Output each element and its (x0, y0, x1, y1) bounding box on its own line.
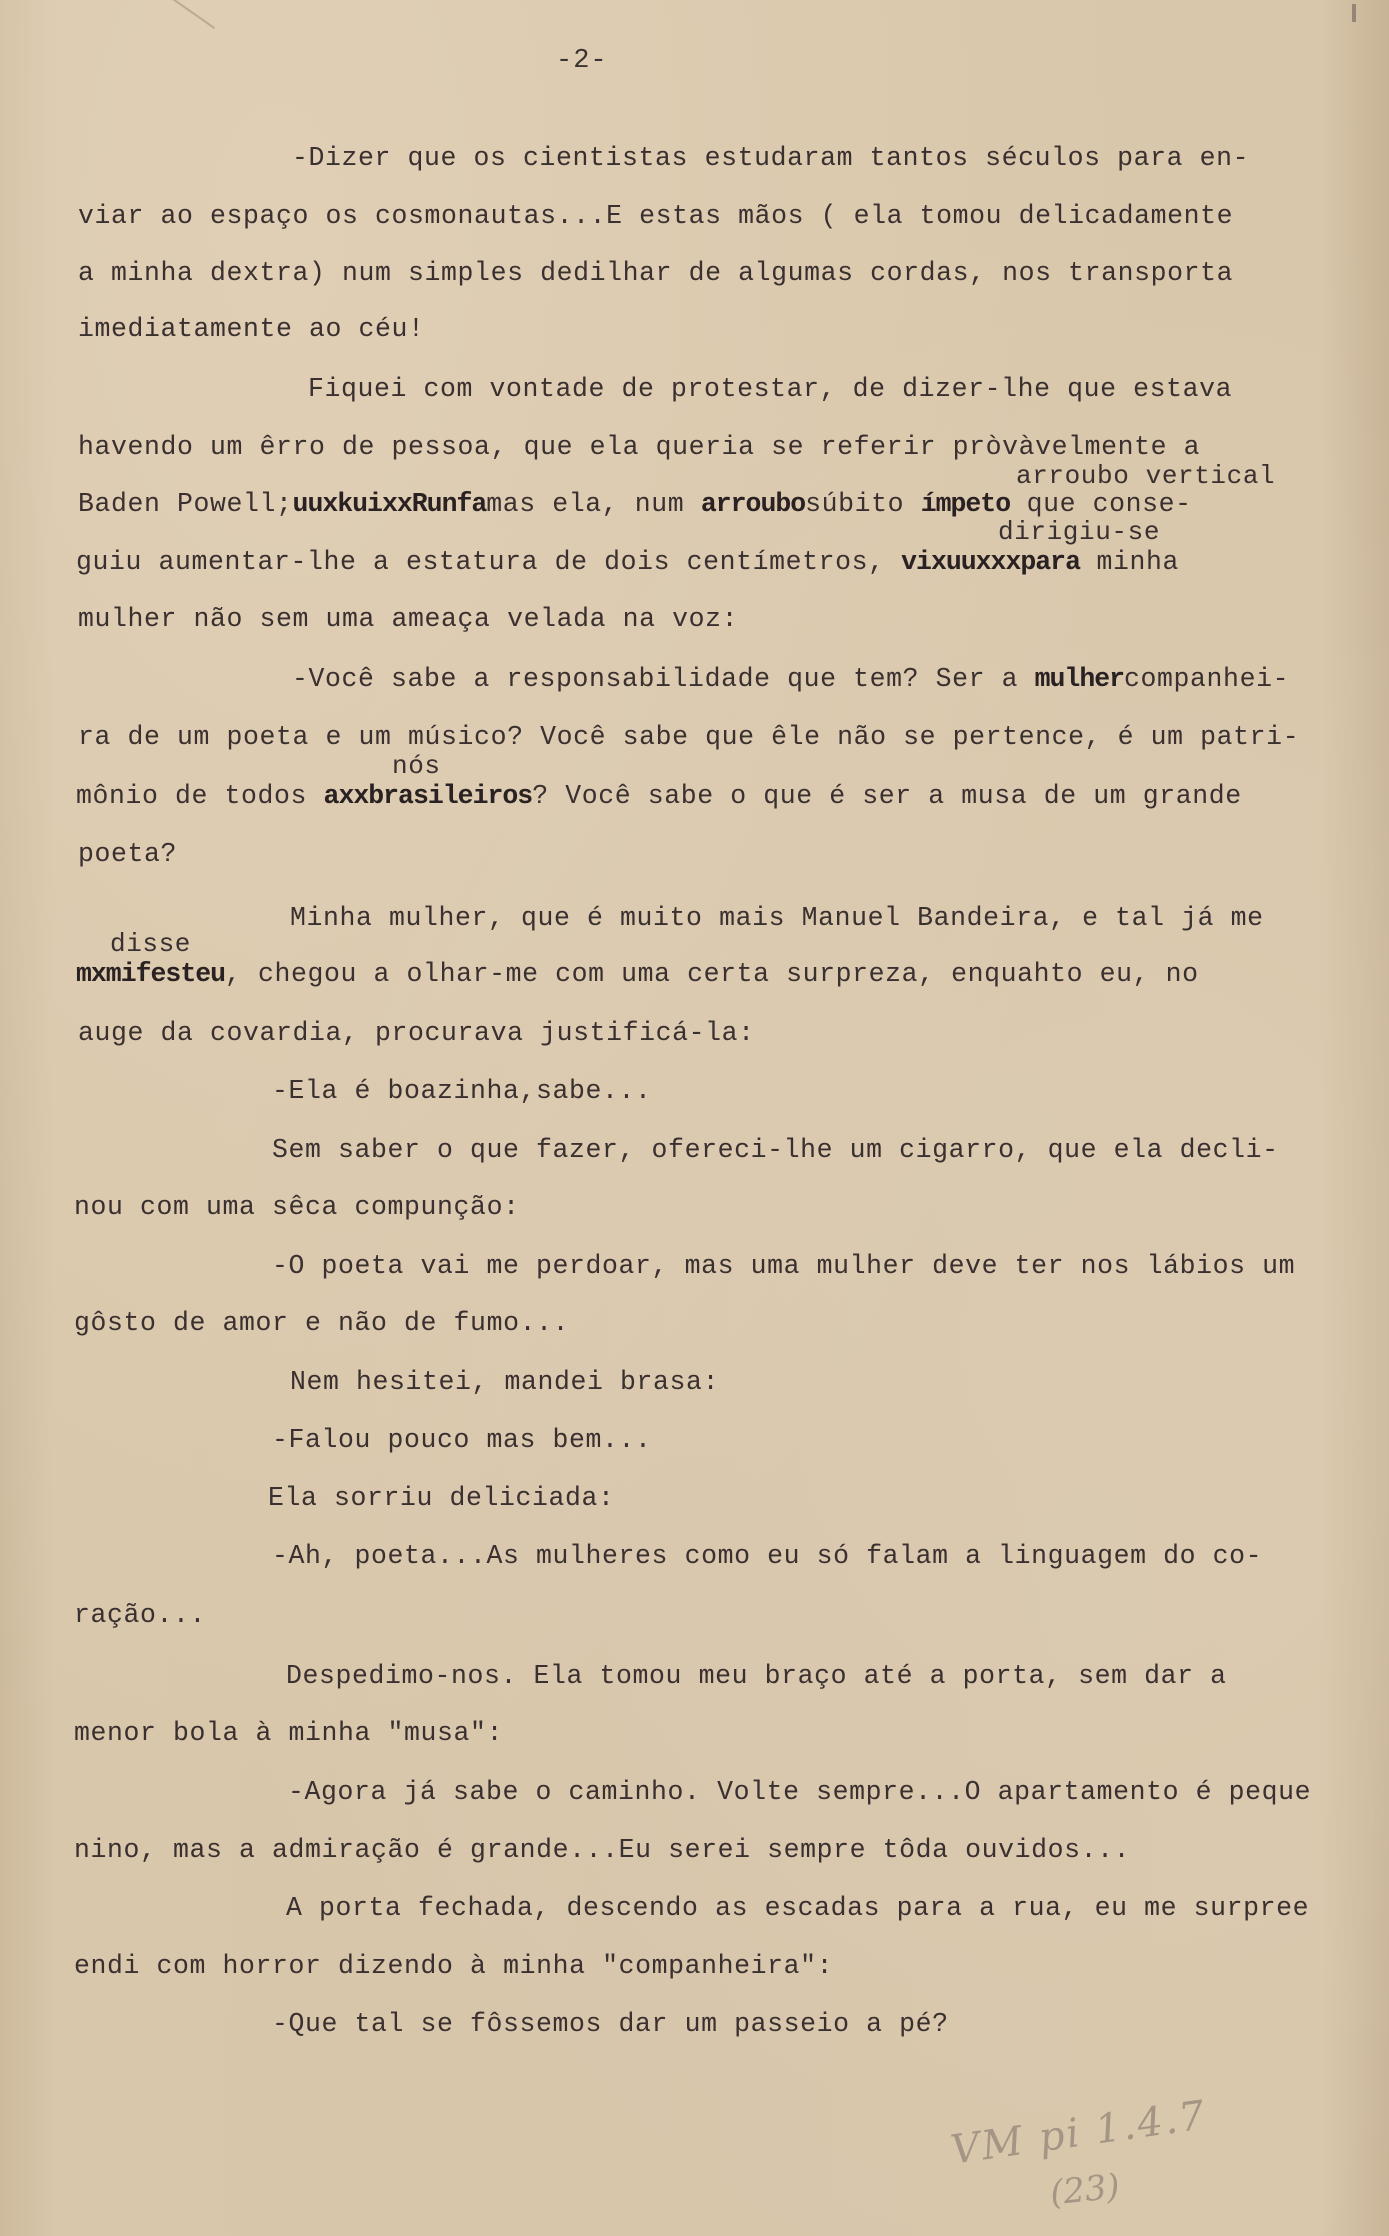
typed-line-guiu: guiu aumentar-lhe a estatura de dois cen… (76, 546, 1179, 578)
typed-line: -Ah, poeta...As mulheres como eu só fala… (272, 1540, 1262, 1572)
struck-text: mulher (1035, 664, 1124, 694)
typed-line: -O poeta vai me perdoar, mas uma mulher … (272, 1250, 1295, 1282)
typed-line: Ela sorriu deliciada: (268, 1482, 615, 1514)
typed-line: havendo um êrro de pessoa, que ela queri… (78, 431, 1200, 463)
typed-line-disse: mxmifesteu, chegou a olhar-me com uma ce… (76, 958, 1199, 990)
text-fragment: mônio de todos (76, 781, 324, 811)
typed-line: -Falou pouco mas bem... (272, 1424, 652, 1456)
typed-line: Fiquei com vontade de protestar, de dize… (308, 373, 1232, 405)
text-fragment: -Você sabe a responsabilidade que tem? S… (292, 664, 1035, 694)
typed-line: endi com horror dizendo à minha "companh… (74, 1950, 833, 1982)
typed-line: viar ao espaço os cosmonautas...E estas … (78, 200, 1233, 232)
typed-line: nou com uma sêca compunção: (74, 1191, 520, 1223)
struck-text: ímpeto (921, 489, 1010, 519)
typed-line: -Dizer que os cientistas estudaram tanto… (292, 142, 1249, 174)
typed-line: menor bola à minha "musa": (74, 1717, 503, 1749)
typewritten-page: -2- -Dizer que os cientistas estudaram t… (0, 0, 1389, 2236)
paper-crease (165, 0, 215, 29)
interlinear-correction: nós (392, 752, 441, 780)
interlinear-correction: dirigiu-se (998, 518, 1160, 546)
interlinear-correction: disse (110, 930, 191, 958)
struck-text: vixuuxxxpara (901, 547, 1080, 577)
typed-line: gôsto de amor e não de fumo... (74, 1307, 569, 1339)
struck-text: uuxkuixxRunfa (293, 489, 487, 519)
typed-line-baden: Baden Powell;uuxkuixxRunfamas ela, num a… (78, 488, 1192, 520)
typed-line: ra de um poeta e um músico? Você sabe qu… (78, 721, 1299, 753)
corner-mark (1352, 4, 1356, 22)
text-fragment: mas ela, num (486, 489, 701, 519)
text-fragment: súbito (805, 489, 921, 519)
typed-line: Sem saber o que fazer, ofereci-lhe um ci… (272, 1134, 1279, 1166)
struck-text: axxbrasileiros (324, 781, 533, 811)
typed-line-monio: mônio de todos axxbrasileiros? Você sabe… (76, 780, 1242, 812)
struck-text: mxmifesteu (76, 959, 225, 989)
text-fragment: companhei- (1124, 664, 1289, 694)
typed-line: mulher não sem uma ameaça velada na voz: (78, 603, 738, 635)
typed-line: a minha dextra) num simples dedilhar de … (78, 257, 1233, 289)
text-fragment: guiu aumentar-lhe a estatura de dois cen… (76, 547, 901, 577)
typed-line-companheira: -Você sabe a responsabilidade que tem? S… (292, 663, 1289, 695)
typed-line: auge da covardia, procurava justificá-la… (78, 1017, 755, 1049)
typed-line: Minha mulher, que é muito mais Manuel Ba… (290, 902, 1264, 934)
pencil-annotation-reference: VM pi 1.4.7 (948, 2092, 1209, 2173)
typed-line: Despedimo-nos. Ela tomou meu braço até a… (286, 1660, 1227, 1692)
text-fragment: ? Você sabe o que é ser a musa de um gra… (532, 781, 1242, 811)
typed-line: -Agora já sabe o caminho. Volte sempre..… (288, 1776, 1311, 1808)
pencil-annotation-number: (23) (1048, 2166, 1122, 2213)
page-number: -2- (556, 46, 608, 76)
typed-line: Nem hesitei, mandei brasa: (290, 1366, 719, 1398)
typed-line: nino, mas a admiração é grande...Eu sere… (74, 1834, 1130, 1866)
typed-line: -Que tal se fôssemos dar um passeio a pé… (272, 2008, 949, 2040)
text-fragment: que conse- (1010, 489, 1192, 519)
text-fragment: Baden Powell; (78, 489, 293, 519)
typed-line: poeta? (78, 838, 177, 870)
typed-line: A porta fechada, descendo as escadas par… (286, 1892, 1309, 1924)
text-fragment: minha (1080, 547, 1179, 577)
typed-line: ração... (74, 1599, 206, 1631)
text-fragment: , chegou a olhar-me com uma certa surpre… (225, 959, 1199, 989)
interlinear-correction: arroubo vertical (1016, 462, 1275, 490)
struck-text: arroubo (701, 489, 805, 519)
typed-line: -Ela é boazinha,sabe... (272, 1075, 652, 1107)
typed-line: imediatamente ao céu! (78, 313, 425, 345)
